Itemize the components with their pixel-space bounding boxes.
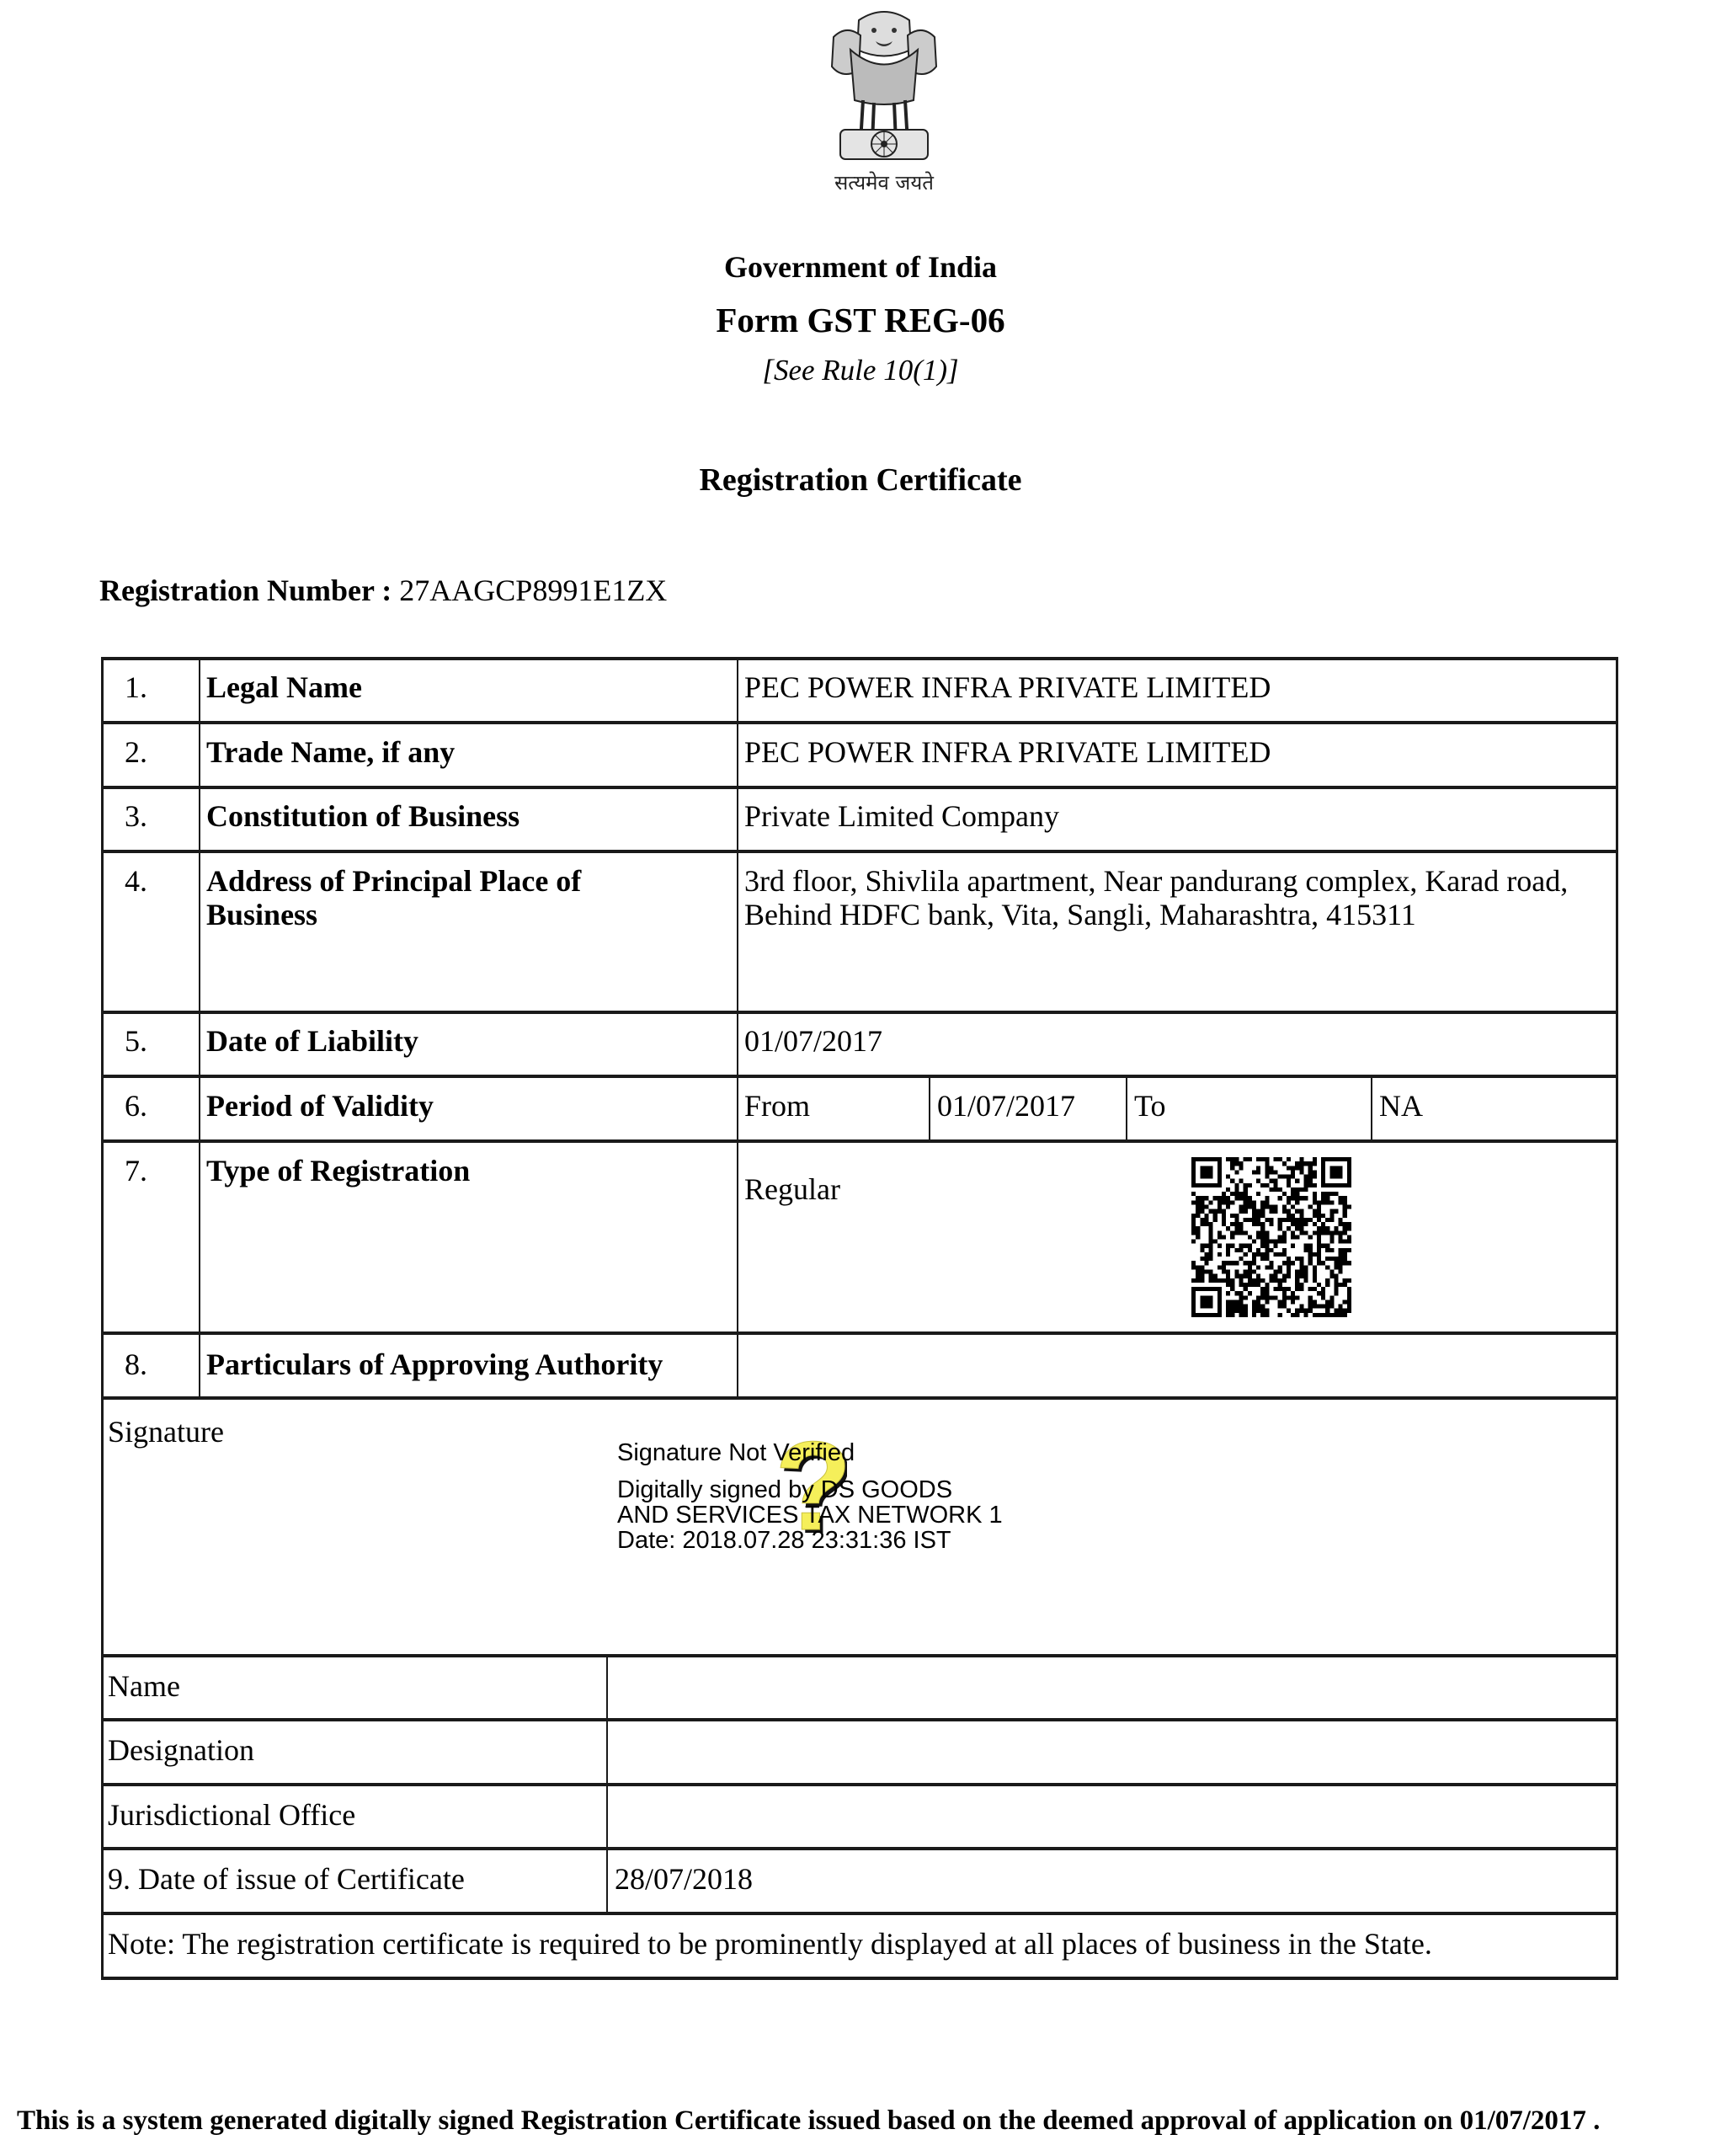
column-divider (199, 657, 200, 1396)
row-number: 3. (125, 799, 147, 833)
validity-from-value: 01/07/2017 (937, 1089, 1075, 1123)
qr-code-icon (1191, 1157, 1351, 1317)
system-generated-footer: This is a system generated digitally sig… (17, 2105, 1600, 2137)
jurisdictional-office-label: Jurisdictional Office (108, 1798, 355, 1832)
column-divider (737, 657, 738, 1396)
row-divider (101, 1654, 1618, 1657)
signature-status: Signature Not Verified (617, 1440, 1003, 1465)
registration-number-label: Registration Number : (99, 574, 392, 607)
constitution-label: Constitution of Business (206, 799, 519, 833)
registration-number-value: 27AAGCP8991E1ZX (399, 574, 667, 607)
validity-to-value: NA (1379, 1089, 1423, 1123)
designation-label: Designation (108, 1733, 254, 1767)
row-number: 1. (125, 670, 147, 704)
row-divider (101, 1139, 1618, 1143)
column-divider (606, 1654, 608, 1912)
row-number: 5. (125, 1024, 147, 1058)
trade-name-label: Trade Name, if any (206, 735, 455, 769)
row-divider (101, 786, 1618, 789)
column-divider (929, 1075, 930, 1139)
certificate-title: Registration Certificate (0, 462, 1721, 499)
table-border-top (101, 657, 1618, 660)
national-emblem-icon (800, 3, 968, 163)
digital-signature-block: Signature Not Verified Digitally signed … (617, 1440, 1003, 1553)
row-divider (101, 1718, 1618, 1721)
period-of-validity-label: Period of Validity (206, 1089, 434, 1123)
rule-reference: [See Rule 10(1)] (0, 354, 1721, 387)
row-number: 2. (125, 735, 147, 769)
registration-number: Registration Number : 27AAGCP8991E1ZX (99, 573, 667, 608)
table-border-left (101, 657, 104, 1979)
signature-label: Signature (108, 1415, 224, 1449)
row-divider (101, 1396, 1618, 1400)
constitution-value: Private Limited Company (744, 799, 1059, 833)
authority-name-label: Name (108, 1669, 180, 1703)
column-divider (1371, 1075, 1372, 1139)
date-of-issue-label: 9. Date of issue of Certificate (108, 1862, 465, 1896)
address-value: 3rd floor, Shivlila apartment, Near pand… (744, 864, 1595, 931)
validity-to-label: To (1134, 1089, 1165, 1123)
type-of-registration-value: Regular (744, 1172, 840, 1206)
row-number: 7. (125, 1154, 147, 1187)
row-number: 8. (125, 1347, 147, 1381)
date-of-issue-value: 28/07/2018 (615, 1862, 753, 1896)
trade-name-value: PEC POWER INFRA PRIVATE LIMITED (744, 735, 1271, 769)
validity-from-label: From (744, 1089, 810, 1123)
address-label: Address of Principal Place of Business (206, 864, 678, 931)
row-divider (101, 721, 1618, 724)
date-of-liability-value: 01/07/2017 (744, 1024, 882, 1058)
row-divider (101, 1847, 1618, 1850)
emblem-motto: सत्यमेव जयते (796, 168, 972, 196)
row-number: 4. (125, 864, 147, 898)
approving-authority-label: Particulars of Approving Authority (206, 1347, 663, 1381)
signature-date: Date: 2018.07.28 23:31:36 IST (617, 1528, 1003, 1553)
row-number: 6. (125, 1089, 147, 1123)
row-divider (101, 1075, 1618, 1078)
signed-by-line-2: AND SERVICES TAX NETWORK 1 (617, 1502, 1003, 1528)
row-divider (101, 850, 1618, 853)
column-divider (1126, 1075, 1127, 1139)
row-divider (101, 1331, 1618, 1335)
type-of-registration-label: Type of Registration (206, 1154, 470, 1187)
row-divider (101, 1912, 1618, 1915)
form-title: Form GST REG-06 (0, 300, 1721, 340)
legal-name-value: PEC POWER INFRA PRIVATE LIMITED (744, 670, 1271, 704)
table-border-bottom (101, 1977, 1618, 1980)
display-note: Note: The registration certificate is re… (108, 1927, 1432, 1961)
table-border-right (1616, 657, 1618, 1979)
signed-by-line-1: Digitally signed by DS GOODS (617, 1477, 1003, 1502)
date-of-liability-label: Date of Liability (206, 1024, 418, 1058)
row-divider (101, 1011, 1618, 1014)
row-divider (101, 1783, 1618, 1786)
legal-name-label: Legal Name (206, 670, 362, 704)
government-heading: Government of India (0, 249, 1721, 285)
